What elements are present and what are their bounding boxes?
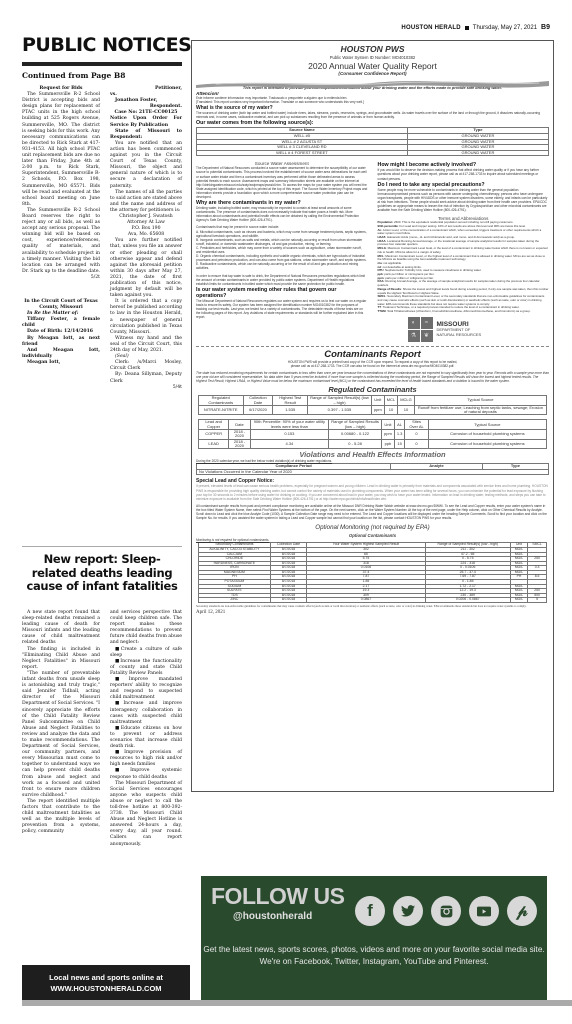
report-right-column: How might I become actively involved? If… <box>378 161 550 341</box>
article-column-right: and services perspective that could keep… <box>110 610 182 848</box>
column-header: Range of Sampled Results (low – high) <box>329 420 382 430</box>
contaminants-title: Contaminants Report <box>192 349 553 360</box>
section-rule <box>22 62 182 66</box>
column-header: Highest Test Result <box>273 396 308 406</box>
article-column-left: A new state report found that sleep-rela… <box>22 610 100 835</box>
court-paragraph-2: The names of all the parties to said act… <box>110 190 182 214</box>
article-bullet: ■Educate citizens on how to prevent or a… <box>110 726 182 750</box>
article-paragraph: The finding is included in "Eliminating … <box>22 647 100 671</box>
violations-table: Compliance Period Analyte Type No Violat… <box>196 463 549 475</box>
article-bullet: ■Improve provision of resources to high … <box>110 750 182 768</box>
optional-title: Optional Monitoring (not required by EPA… <box>192 524 553 531</box>
instagram-icon[interactable] <box>431 896 461 926</box>
ccr-text-2: please call us at 417-268-1733. The CCR … <box>192 364 553 368</box>
social-icons: f 𝓅 <box>355 896 537 926</box>
report-subtitle: (Consumer Confidence Report) <box>192 71 553 76</box>
dww-text: All contaminant sample results from past… <box>192 504 553 520</box>
table-row: No Violations Occurred in the Calendar Y… <box>197 469 549 475</box>
notices-column-left: Request for Bids The Summersville R-2 Sc… <box>22 86 100 366</box>
report-date: April 12, 2021 <box>192 610 553 615</box>
column-header: MCLG <box>398 396 415 406</box>
court-order-title: Notice Upon Order For Service By Publica… <box>110 116 182 128</box>
sources-table: Source Name Type WELL #5GROUND WATER WEL… <box>196 127 549 156</box>
column-header: Typical Source <box>414 396 546 406</box>
involved-text: If you would like to observe the decisio… <box>378 168 550 180</box>
terms-list: Population: 2600. This is the equivalent… <box>378 221 550 314</box>
table-row: WELL # 4 FOREST STREETGROUND WATER <box>197 150 549 156</box>
court-next-friend: By Meagan Iott, as next friend <box>22 336 100 348</box>
publication-name: HOUSTON HERALD <box>401 25 460 31</box>
column-header: AL <box>394 420 405 430</box>
column-header: Typical Source <box>428 420 546 430</box>
dnr-logo-line-3: NATURAL RESOURCES <box>437 333 482 338</box>
table-row: ZINC8/7/20180.08670.0206 - 0.0867MG/L5 <box>199 598 547 603</box>
follow-us-title: FOLLOW US <box>211 883 344 910</box>
page-number: B9 <box>541 24 550 31</box>
water-wave-banner-icon <box>196 77 549 89</box>
pinterest-icon[interactable]: 𝓅 <box>507 896 537 926</box>
youtube-icon[interactable] <box>469 896 499 926</box>
promo-url[interactable]: WWW.HOUSTONHERALD.COM <box>22 983 190 994</box>
follow-us-blurb: Get the latest news, sports scores, phot… <box>201 944 547 968</box>
court-deputy: By: Deana Sillyman, Deputy Clerk <box>110 372 182 384</box>
article-paragraph: The Missouri Department of Social Servic… <box>110 781 182 848</box>
report-system-id: Public Water System ID Number: MO4010382 <box>192 55 553 60</box>
column-header: MCL <box>384 396 397 406</box>
footer-strip <box>22 1000 572 1006</box>
contaminant-type: E. Radioactive contaminants, which can b… <box>196 262 368 270</box>
report-two-column: Source Water Assessment The Department o… <box>192 161 553 341</box>
column-header: Range of Sampled Result(s) (low – high) <box>307 396 371 406</box>
article-bullet: ■Increase and improve interagency collab… <box>110 701 182 725</box>
term-item: TTHM: Total Trihalomethanes (chloroform,… <box>378 310 550 314</box>
court-individually: And Meagan Iott, individually <box>22 348 100 360</box>
article-paragraph: and services perspective that could keep… <box>110 610 182 647</box>
attention-english: [Translated: This report contains very i… <box>192 100 553 104</box>
optional-table: Secondary Contaminants Collection Date Y… <box>198 542 547 603</box>
contaminant-type: B. Inorganic contaminants, such as salts… <box>196 238 368 246</box>
court-clerk: Clerk: /s/Marci Mosley, Circuit Clerk <box>110 360 182 372</box>
article-paragraph: The report identified multiple factors t… <box>22 799 100 836</box>
twitter-icon[interactable] <box>393 896 423 926</box>
rules-text: The Missouri Department of Natural Resou… <box>196 299 368 319</box>
bids-paragraph-2: The Summersville R-2 School Board reserv… <box>22 208 100 275</box>
report-left-column: Source Water Assessment The Department o… <box>196 161 368 341</box>
table-row: NITRATE-NITRITE6/17/20201.5350.397 - 1.5… <box>199 405 547 415</box>
section-title: PUBLIC NOTICES <box>22 34 191 56</box>
court-petitioner-name: Meagan Iott, <box>22 360 100 366</box>
court-state-to: State of Missouri to Respondent: <box>110 129 182 141</box>
water-quality-report: HOUSTON PWS Public Water System ID Numbe… <box>191 40 554 792</box>
contaminant-type: A. Microbial contaminants, such as virus… <box>196 230 368 238</box>
contaminant-type: C. Pesticides and herbicides, which may … <box>196 246 368 254</box>
facebook-icon[interactable]: f <box>355 896 385 926</box>
column-header: 90th Percentile: 90% of your water utili… <box>250 420 328 430</box>
table-row: LEAD2018 - 20204.340 - 5.28ppb150Corrosi… <box>199 439 547 449</box>
masthead: HOUSTON HERALD Thursday, May 27, 2021 B9 <box>401 24 550 31</box>
bids-paragraph-1: The Summersville R-2 School District is … <box>22 92 100 208</box>
article-paragraph: A new state report found that sleep-rela… <box>22 610 100 647</box>
court-dob: Date of Birth: 12/14/2016 <box>22 329 100 335</box>
social-handle[interactable]: @houstonherald <box>233 911 312 922</box>
why-text: Drinking water, including bottled water,… <box>196 206 368 222</box>
court-paragraph-3: You are further notified that, unless yo… <box>110 238 182 299</box>
column-header: Sites Over AL <box>405 420 428 430</box>
article-bullet: ■Improve systemic response to child deat… <box>110 768 182 780</box>
court-paragraph-4: It is ordered that a copy hereof be publ… <box>110 299 182 336</box>
court-name: In the Circuit Court of Texas County, Mi… <box>22 299 100 311</box>
dnr-logo-icon: ◐ ≈ ⚗ ❦ <box>408 317 433 342</box>
term-item: MCL: Maximum Contaminant Level, or the h… <box>378 255 550 262</box>
lead-notice-text: If present, elevated levels of lead can … <box>192 484 553 500</box>
court-child: Tiffany Foster, a female child <box>22 317 100 329</box>
article-paragraph: "The number of preventable infant deaths… <box>22 671 100 799</box>
swa-text: The Department of Natural Resources cond… <box>196 166 368 199</box>
report-title: 2020 Annual Water Quality Report <box>192 61 553 71</box>
violations-title: Violations and Health Effects Informatio… <box>192 450 553 459</box>
column-header: Unit <box>371 396 384 406</box>
article-bullet: ■Increase the functionality of county an… <box>110 659 182 677</box>
water-icon: ≈ <box>421 317 433 329</box>
court-paragraph-1: You are notified that an action has been… <box>110 141 182 190</box>
article-headline: New report: Sleep-related deaths leading… <box>22 553 182 594</box>
article-bullet: ■Improve mandated reporters' ability to … <box>110 677 182 701</box>
article-bullet: ■Create a culture of safe sleep <box>110 647 182 659</box>
website-promo[interactable]: Local news and sports online at WWW.HOUS… <box>22 965 190 1001</box>
precautions-text: Some people may be more vulnerable to co… <box>378 188 550 213</box>
article-divider <box>22 546 182 547</box>
column-header: Lead and Copper <box>199 420 229 430</box>
report-system-name: HOUSTON PWS <box>192 44 553 54</box>
separator-square-icon <box>465 26 469 30</box>
continued-note: Continued from Page B8 <box>22 71 125 80</box>
contaminant-type: D. Organic chemical contaminants, includ… <box>196 254 368 262</box>
secondary-note: Secondary standards are non-enforceable … <box>192 605 553 609</box>
microscope-icon: ⚗ <box>408 330 420 342</box>
promo-line-1: Local news and sports online at <box>22 972 190 983</box>
dnr-logo: ◐ ≈ ⚗ ❦ MISSOURI DEPARTMENT OF NATURAL R… <box>408 317 550 342</box>
court-run-code: 5/4t <box>110 385 182 391</box>
source-text: The sources of drinking water (both tap … <box>192 111 553 119</box>
column-header: Unit <box>382 420 395 430</box>
column-header: Regulated Contaminants <box>199 396 244 406</box>
follow-us-banner: FOLLOW US @houstonherald f 𝓅 Get the lat… <box>201 876 547 1000</box>
rules-question: Is our water system meeting other rules … <box>196 287 368 299</box>
issue-date: Thursday, May 27, 2021 <box>473 25 537 31</box>
notices-column-right: Petitioner, vs. Jonathon Foster, Respond… <box>110 86 182 391</box>
court-paragraph-5: Witness my hand and the seal of the Circ… <box>110 336 182 354</box>
sun-icon: ◐ <box>408 317 420 329</box>
table-row: COPPER2018 - 20200.1530.00680 - 0.122ppm… <box>199 430 547 440</box>
regulated-title: Regulated Contaminants <box>192 385 553 394</box>
lead-copper-table: Lead and Copper Date 90th Percentile: 90… <box>198 419 547 449</box>
sources-heading: Our water comes from the following sourc… <box>192 120 553 126</box>
column-header: Collection Date <box>243 396 273 406</box>
safe-text: In order to ensure that tap water is saf… <box>196 274 368 286</box>
monitoring-text: The state has reduced monitoring require… <box>192 371 553 383</box>
section-divider <box>196 346 549 347</box>
regulated-table: Regulated Contaminants Collection Date H… <box>198 395 547 415</box>
leaf-icon: ❦ <box>421 330 433 342</box>
